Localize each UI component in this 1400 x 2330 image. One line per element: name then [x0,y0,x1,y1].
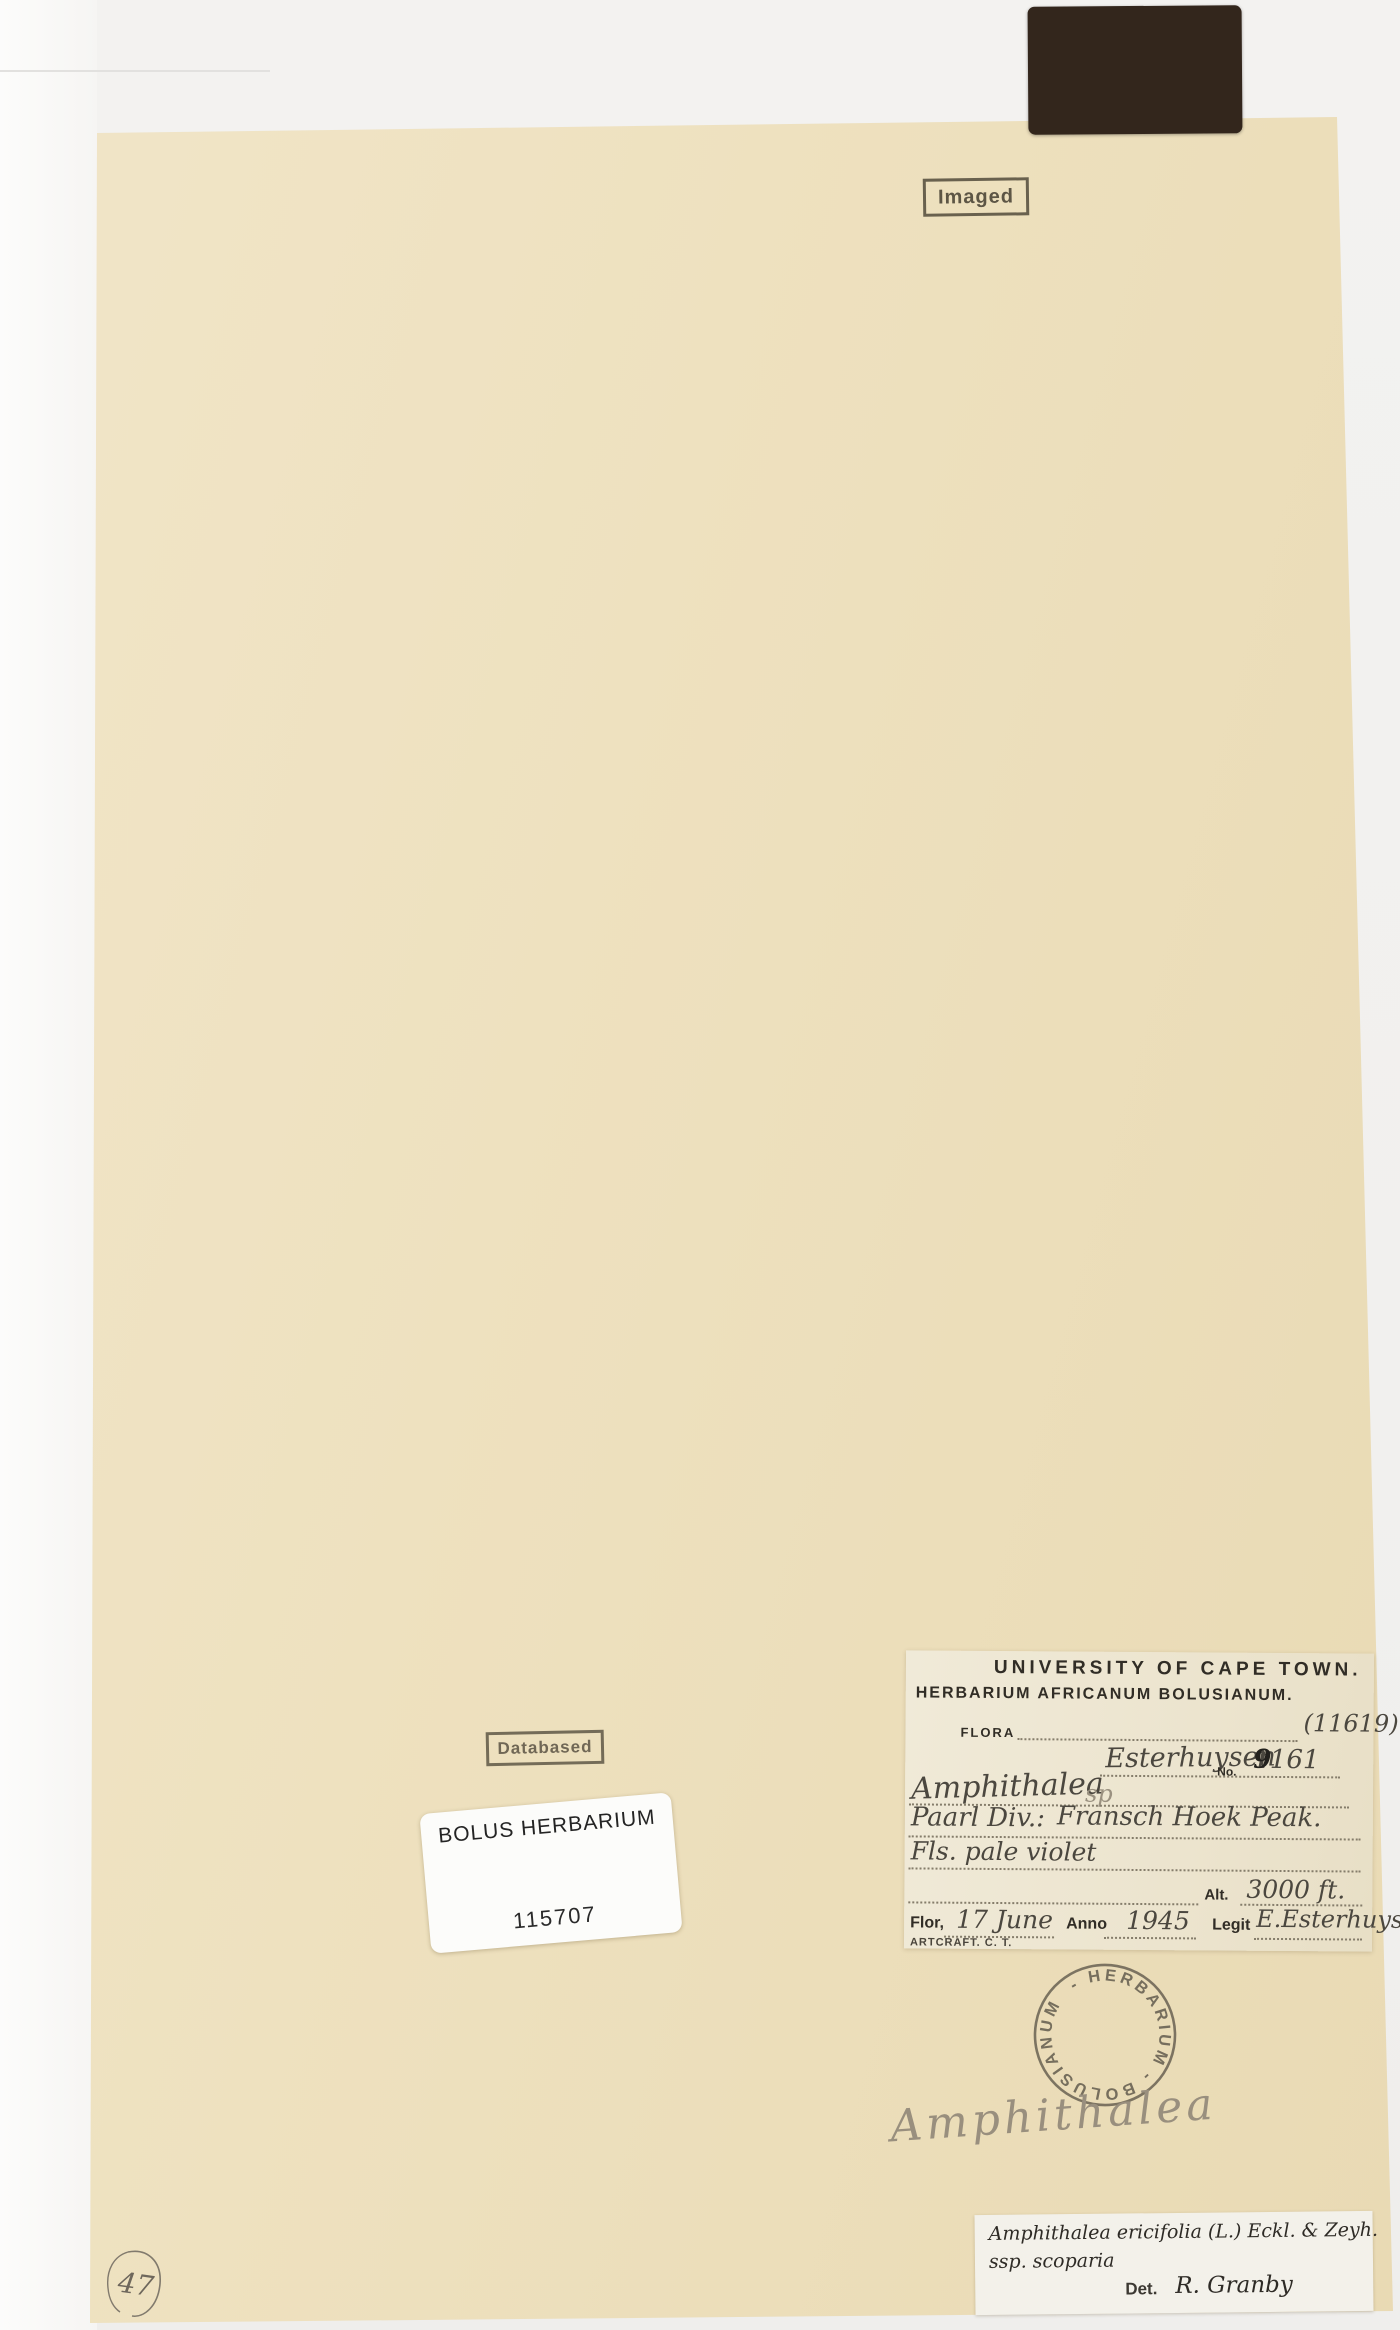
label-paren-number: (11619) [1303,1709,1398,1738]
dotted-line [1104,1936,1196,1940]
label-flor-field: Flor, [910,1914,944,1932]
label-locality-place: Fransch Hoek Peak. [1057,1801,1322,1833]
label-collector: Esterhuysen [1105,1741,1276,1774]
dotted-line [1254,1937,1362,1941]
det-taxon-line: Amphithalea ericifolia (L.) Eckl. & Zeyh… [989,2219,1379,2245]
label-anno-value: 1945 [1126,1906,1190,1935]
det-field: Det. [1125,2279,1157,2299]
det-subspecies-line: ssp. scoparia [989,2250,1115,2273]
databased-stamp: Databased [486,1730,605,1766]
corner-number-text: 47 [116,2266,156,2304]
imaged-stamp: Imaged [923,177,1030,216]
label-legit-value: E.Esterhuysen [1256,1905,1400,1934]
label-locality-division: Paarl Div.: [911,1802,1045,1833]
label-legit-field: Legit [1212,1917,1250,1935]
collection-label: UNIVERSITY OF CAPE TOWN. HERBARIUM AFRIC… [904,1650,1374,1951]
label-alt-field: Alt. [1204,1886,1228,1903]
label-institution: UNIVERSITY OF CAPE TOWN. [994,1657,1362,1682]
label-flora-field: FLORA [960,1725,1015,1740]
label-anno-field: Anno [1066,1915,1107,1933]
barcode [444,1835,658,1909]
herbarium-specimen-scan: Imaged Databased BOLUS HERBARIUM 115707 … [0,0,1400,2330]
dotted-line [909,1866,1361,1872]
determination-label: Amphithalea ericifolia (L.) Eckl. & Zeyh… [974,2211,1373,2315]
barcode-label: BOLUS HERBARIUM 115707 [419,1792,682,1953]
barcode-number: 115707 [512,1901,598,1934]
dotted-line [908,1900,1198,1905]
label-herbarium-name: HERBARIUM AFRICANUM BOLUSIANUM. [916,1684,1294,1705]
scanner-background-strip [0,0,97,2330]
color-checker-chart [1028,5,1243,134]
sheet-corner-number: 47 [98,2246,170,2322]
databased-stamp-text: Databased [497,1737,592,1759]
det-determiner: R. Granby [1175,2272,1293,2299]
label-alt-value: 3000 ft. [1246,1875,1345,1905]
label-flor-value: 17 June [956,1905,1053,1935]
label-notes: Fls. pale violet [911,1836,1097,1866]
imaged-stamp-text: Imaged [938,185,1014,209]
label-printer-mark: ARTCRAFT. C. T. [910,1936,1012,1949]
